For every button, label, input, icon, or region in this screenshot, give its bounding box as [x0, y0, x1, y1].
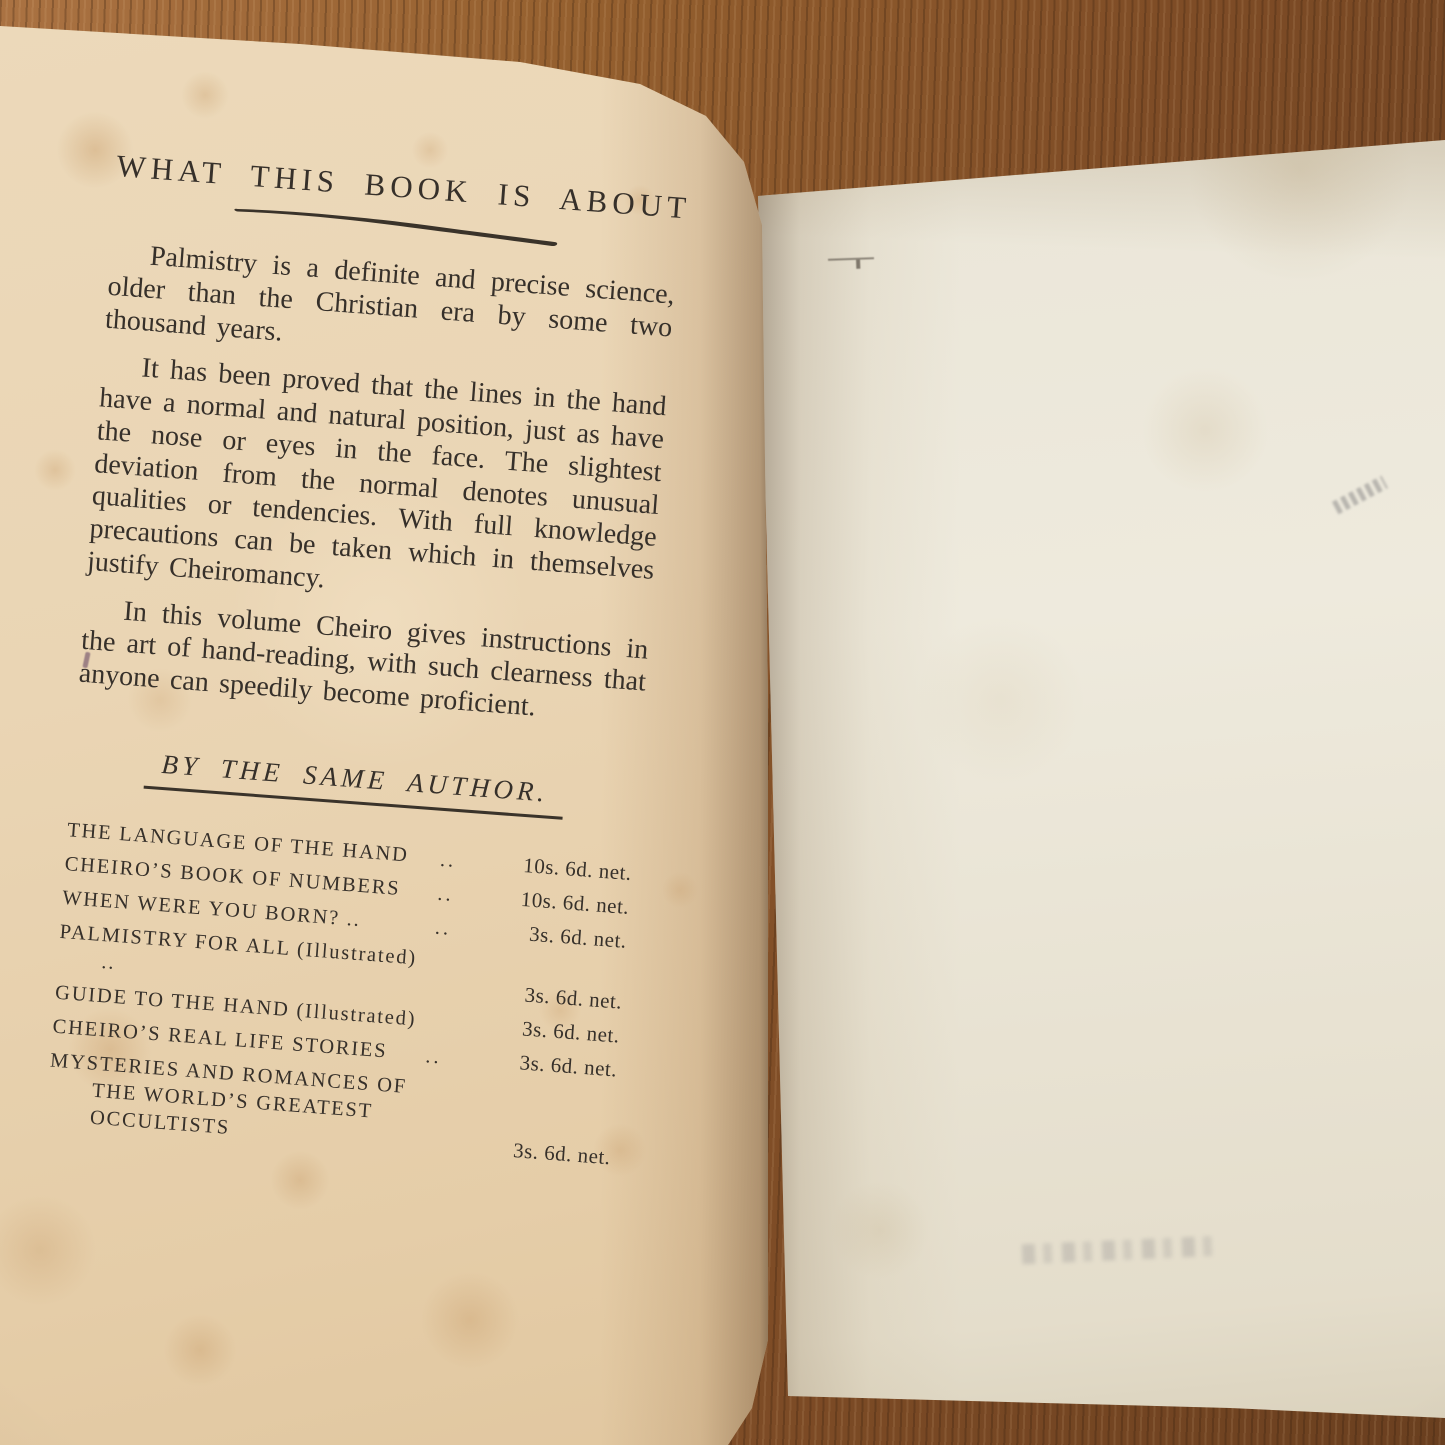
same-author-heading: BY THE SAME AUTHOR.	[144, 748, 565, 820]
paragraph-2: It has been proved that the lines in the…	[86, 350, 667, 621]
faint-dash-mark	[828, 257, 874, 261]
book-price: 3s. 6d. net.	[462, 1135, 611, 1171]
author-heading-wrap: BY THE SAME AUTHOR.	[71, 742, 638, 825]
leader-dots	[418, 1156, 462, 1159]
leader-dots: ..	[439, 849, 485, 875]
leader-dots	[427, 1034, 471, 1037]
leader-dots: ..	[425, 1045, 471, 1071]
body-copy: Palmistry is a definite and precise scie…	[78, 238, 676, 732]
book-price: 3s. 6d. net.	[474, 979, 623, 1015]
show-through-text-smudge	[1022, 1236, 1221, 1265]
book-price: 3s. 6d. net.	[478, 918, 627, 954]
leader-dots: ..	[434, 917, 480, 943]
book-price: 10s. 6d. net.	[483, 850, 632, 886]
book-price: 3s. 6d. net.	[469, 1047, 618, 1083]
leader-dots	[430, 1000, 474, 1003]
page-left-content: WHAT THIS BOOK IS ABOUT Palmistry is a d…	[45, 148, 683, 1177]
book-list: THE LANGUAGE OF THE HAND .. 10s. 6d. net…	[45, 817, 633, 1171]
book-photo-scene: WHAT THIS BOOK IS ABOUT Palmistry is a d…	[0, 0, 1445, 1445]
book-price: 3s. 6d. net.	[471, 1013, 620, 1049]
book-price: 10s. 6d. net.	[481, 884, 630, 920]
faint-ink-scribble	[1332, 476, 1388, 515]
leader-dots: ..	[437, 883, 483, 909]
